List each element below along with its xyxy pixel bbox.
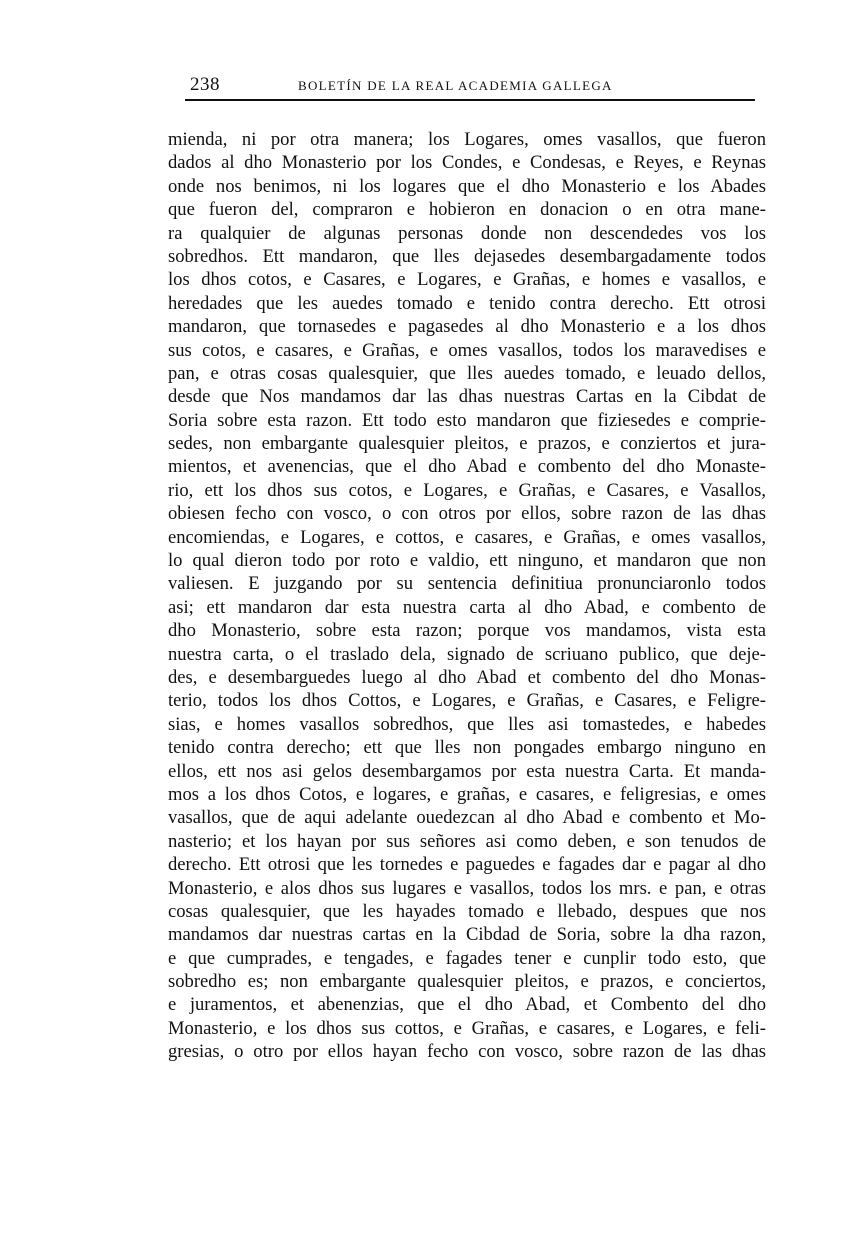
header-rule — [185, 99, 755, 101]
text-line: encomiendas, e Logares, e cottos, e casa… — [168, 526, 766, 549]
text-line: ra qualquier de algunas personas donde n… — [168, 222, 766, 245]
text-line: asi; ett mandaron dar esta nuestra carta… — [168, 596, 766, 619]
text-line: mandamos dar nuestras cartas en la Cibda… — [168, 923, 766, 946]
text-line: nuestra carta, o el traslado dela, signa… — [168, 643, 766, 666]
page-number: 238 — [190, 74, 220, 96]
text-line: Soria sobre esta razon. Ett todo esto ma… — [168, 409, 766, 432]
text-line: e que cumprades, e tengades, e fagades t… — [168, 947, 766, 970]
text-line: dho Monasterio, sobre esta razon; porque… — [168, 619, 766, 642]
text-line: heredades que les auedes tomado e tenido… — [168, 292, 766, 315]
text-line: obiesen fecho con vosco, o con otros por… — [168, 502, 766, 525]
text-line: ellos, ett nos asi gelos desembargamos p… — [168, 760, 766, 783]
text-line: gresias, o otro por ellos hayan fecho co… — [168, 1040, 766, 1063]
text-line: mienda, ni por otra manera; los Logares,… — [168, 128, 766, 151]
text-line: tenido contra derecho; ett que lles non … — [168, 736, 766, 759]
text-line: vasallos, que de aqui adelante ouedezcan… — [168, 806, 766, 829]
text-line: des, e desembarguedes luego al dho Abad … — [168, 666, 766, 689]
text-line: nasterio; et los hayan por sus señores a… — [168, 830, 766, 853]
text-line: derecho. Ett otrosi que les tornedes e p… — [168, 853, 766, 876]
text-line: cosas qualesquier, que les hayades tomad… — [168, 900, 766, 923]
text-line: sedes, non embargante qualesquier pleito… — [168, 432, 766, 455]
text-line: sobredho es; non embargante qualesquier … — [168, 970, 766, 993]
text-line: lo qual dieron todo por roto e valdio, e… — [168, 549, 766, 572]
body-text: mienda, ni por otra manera; los Logares,… — [168, 128, 766, 1064]
text-line: sias, e homes vasallos sobredhos, que ll… — [168, 713, 766, 736]
text-line: mientos, et avenencias, que el dho Abad … — [168, 455, 766, 478]
text-line: los dhos cotos, e Casares, e Logares, e … — [168, 268, 766, 291]
page-header: 238 BOLETÍN DE LA REAL ACADEMIA GALLEGA — [190, 74, 670, 98]
text-line: Monasterio, e alos dhos sus lugares e va… — [168, 877, 766, 900]
text-line: desde que Nos mandamos dar las dhas nues… — [168, 385, 766, 408]
text-line: e juramentos, et abenenzias, que el dho … — [168, 993, 766, 1016]
text-line: sobredhos. Ett mandaron, que lles dejase… — [168, 245, 766, 268]
running-title: BOLETÍN DE LA REAL ACADEMIA GALLEGA — [298, 78, 613, 94]
text-line: rio, ett los dhos sus cotos, e Logares, … — [168, 479, 766, 502]
text-line: mandaron, que tornasedes e pagasedes al … — [168, 315, 766, 338]
text-line: valiesen. E juzgando por su sentencia de… — [168, 572, 766, 595]
text-line: pan, e otras cosas qualesquier, que lles… — [168, 362, 766, 385]
text-line: sus cotos, e casares, e Grañas, e omes v… — [168, 339, 766, 362]
text-line: Monasterio, e los dhos sus cottos, e Gra… — [168, 1017, 766, 1040]
text-line: terio, todos los dhos Cottos, e Logares,… — [168, 689, 766, 712]
text-line: mos a los dhos Cotos, e logares, e graña… — [168, 783, 766, 806]
text-line: onde nos benimos, ni los logares que el … — [168, 175, 766, 198]
text-line: dados al dho Monasterio por los Condes, … — [168, 151, 766, 174]
text-line: que fueron del, compraron e hobieron en … — [168, 198, 766, 221]
